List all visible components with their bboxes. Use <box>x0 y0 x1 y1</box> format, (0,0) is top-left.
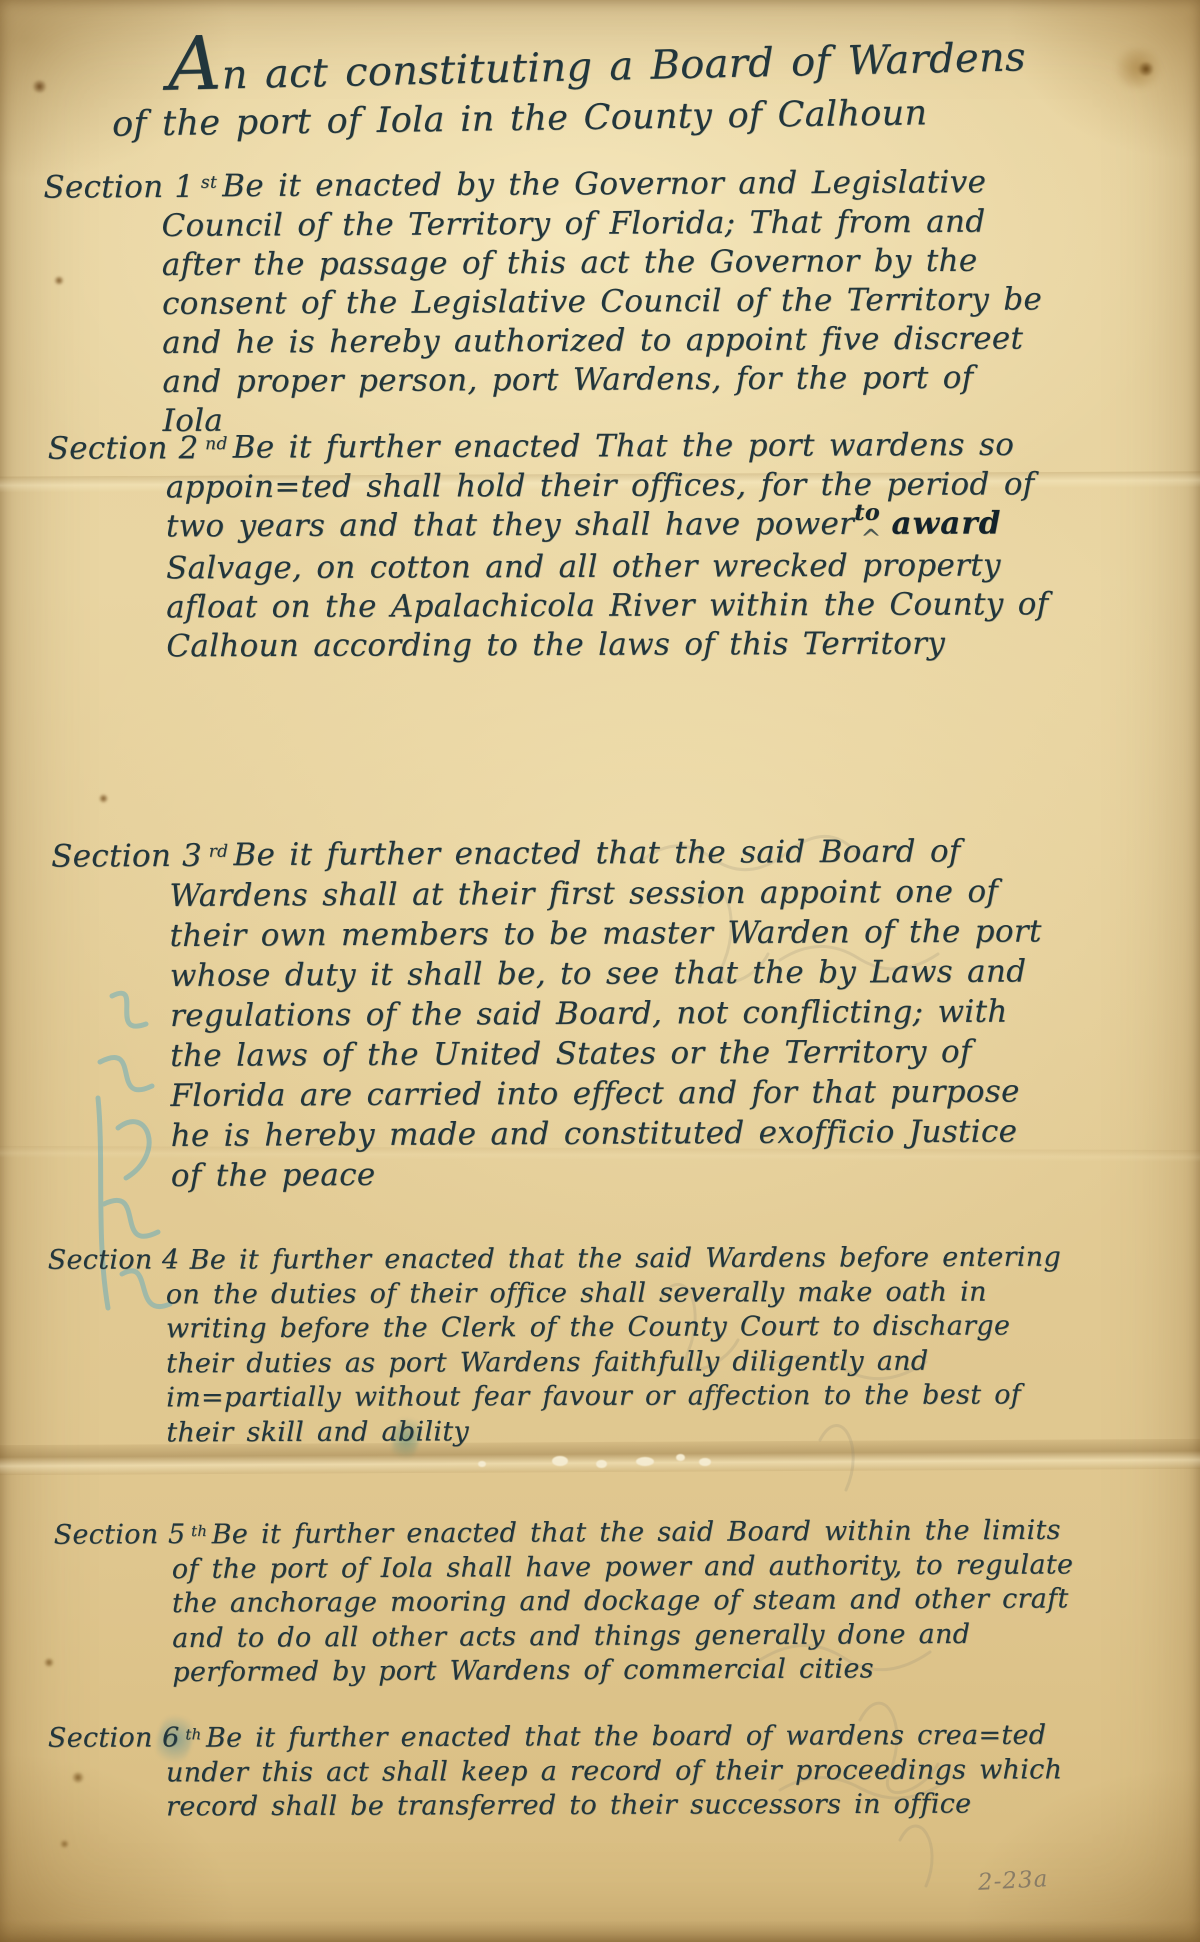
section-4-label: Section <box>48 1245 153 1276</box>
section-6-ordinal: th <box>185 1725 201 1743</box>
archival-number-note: 2-23a <box>977 1866 1049 1896</box>
stain-spot <box>1138 62 1154 76</box>
section-2-body-post: Salvage, on cotton and all other wrecked… <box>166 547 1049 664</box>
section-5: Section5thBe it further enacted that the… <box>54 1509 1083 1691</box>
paper-chip <box>699 1458 711 1466</box>
section-6: Section6thBe it further enacted that the… <box>48 1714 1076 1826</box>
section-4-body: Be it further enacted that the said Ward… <box>166 1242 1061 1449</box>
stain-spot <box>1112 48 1164 88</box>
interlinear-insertion: ^to <box>854 504 891 546</box>
stain-spot <box>44 1658 54 1667</box>
section-3-label: Section <box>51 838 171 875</box>
stain-spot <box>99 794 108 803</box>
stain-spot <box>32 80 47 93</box>
section-2: Section2ndBe it further enacted That the… <box>48 422 1051 666</box>
section-2-label: Section <box>48 430 168 466</box>
paper-chip <box>596 1460 607 1468</box>
section-1-body: Be it enacted by the Governor and Legisl… <box>162 164 1043 438</box>
stain-spot <box>60 1840 69 1848</box>
section-4-number: 4 <box>162 1245 180 1276</box>
section-5-number: 5 <box>168 1519 186 1550</box>
manuscript-page: An act constituting a Board of Wardens o… <box>0 0 1200 1942</box>
section-6-body: Be it further enacted that the board of … <box>166 1720 1062 1823</box>
section-3-body: Be it further enacted that the said Boar… <box>169 833 1042 1193</box>
section-3-number: 3 <box>182 837 202 873</box>
section-2-ordinal: nd <box>205 434 228 454</box>
section-1-label: Section <box>43 169 163 206</box>
section-3-ordinal: rd <box>209 842 229 862</box>
paper-chip <box>636 1457 654 1466</box>
inserted-word: to <box>854 500 880 526</box>
section-1-ordinal: st <box>201 173 217 193</box>
emphasized-word: award <box>891 505 1001 541</box>
section-6-label: Section <box>48 1723 153 1754</box>
section-1-number: 1 <box>174 168 194 204</box>
section-5-ordinal: th <box>191 1522 207 1540</box>
section-4: Section4Be it further enacted that the s… <box>48 1236 1077 1451</box>
section-1: Section1stBe it enacted by the Governor … <box>43 159 1046 441</box>
document-title-line-1: An act constituting a Board of Wardens <box>168 34 1027 99</box>
paper-chip <box>552 1456 568 1466</box>
section-6-number: 6 <box>162 1723 180 1754</box>
section-5-body: Be it further enacted that the said Boar… <box>172 1515 1074 1689</box>
document-title-line-2: of the port of Iola in the County of Cal… <box>112 93 928 144</box>
section-5-label: Section <box>54 1520 159 1552</box>
paper-chip <box>478 1461 486 1467</box>
section-2-number: 2 <box>178 430 198 466</box>
section-3: Section3rdBe it further enacted that the… <box>51 827 1055 1196</box>
paper-chip <box>676 1454 685 1461</box>
